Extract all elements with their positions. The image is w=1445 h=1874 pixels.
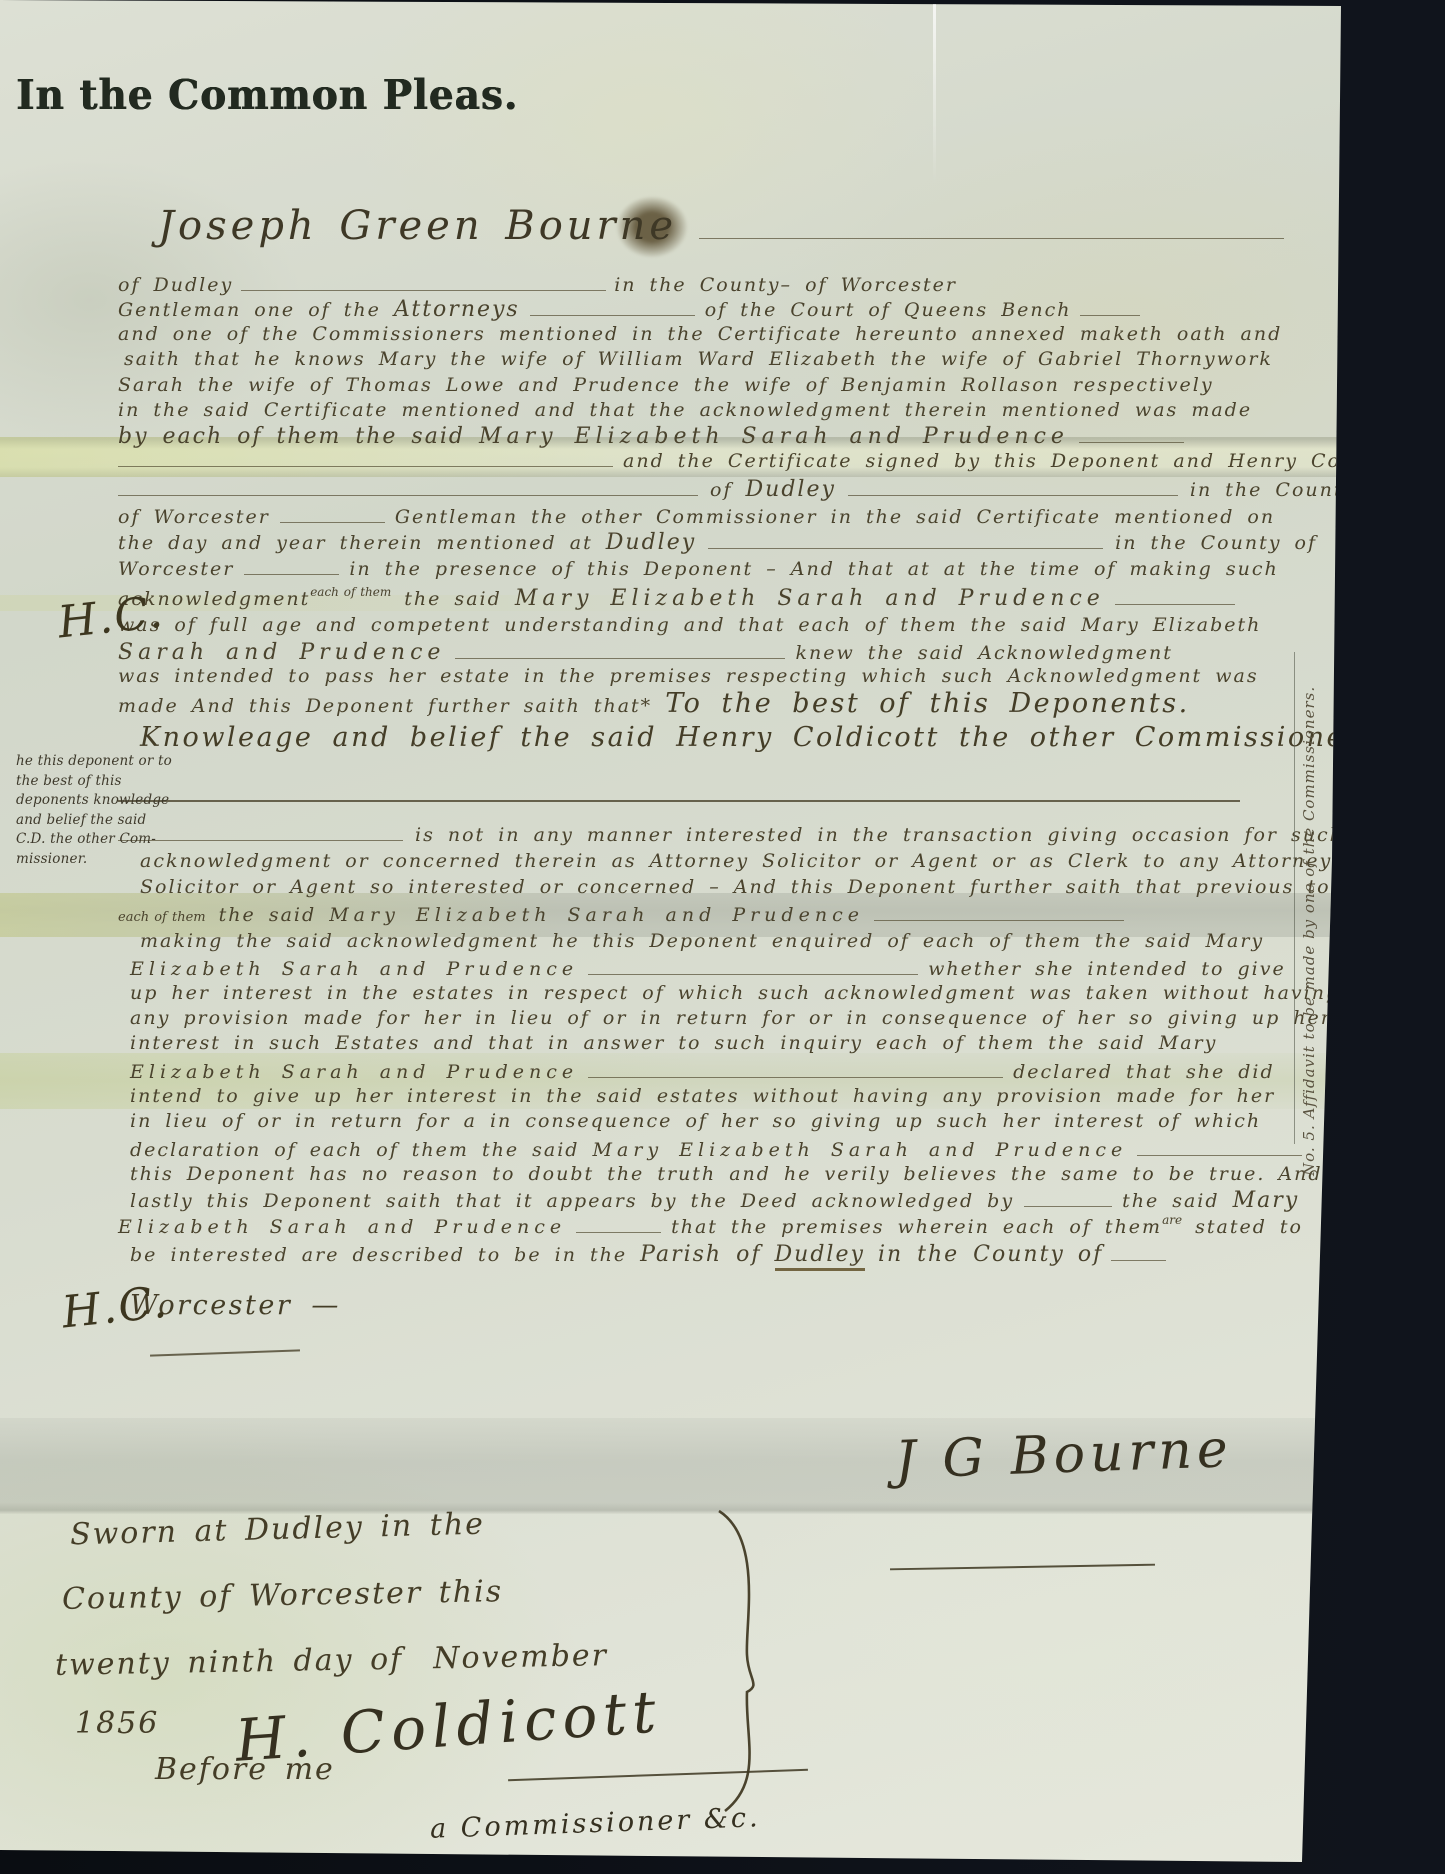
scanned-document: In the Common Pleas. Joseph Green Bourne… xyxy=(0,0,1445,1874)
body-text: of Worcester xyxy=(118,506,270,528)
blank-rule xyxy=(708,530,1103,549)
inserted-text: each of them xyxy=(310,585,391,599)
body-line: and one of the Commissioners mentioned i… xyxy=(118,323,1282,345)
deponent-signature: J G Bourne xyxy=(894,1419,1233,1491)
body-text: in the County– of Worcester xyxy=(614,274,957,296)
parish-name: Dudley xyxy=(775,1242,865,1271)
blank-rule xyxy=(874,902,1124,921)
body-text: by each of them xyxy=(118,424,341,449)
jurat-text: twenty ninth day of xyxy=(55,1642,404,1683)
blank-rule xyxy=(241,272,606,291)
body-line: saith that he knows Mary the wife of Wil… xyxy=(124,348,1273,370)
margin-initials: H.C. xyxy=(60,1277,171,1339)
party-names: Elizabeth Sarah and Prudence xyxy=(130,1061,578,1083)
body-line: Elizabeth Sarah and Prudencethat the pre… xyxy=(118,1214,1303,1238)
body-line: was of full age and competent understand… xyxy=(118,614,1261,636)
body-line: was intended to pass her estate in the p… xyxy=(118,665,1259,687)
party-names: Sarah and Prudence xyxy=(118,640,445,665)
body-text: in the County xyxy=(1190,479,1356,501)
body-text: the said xyxy=(219,904,316,926)
body-text: the said xyxy=(404,588,501,610)
jurat-line: County of Worcester this xyxy=(62,1574,504,1617)
blank-rule xyxy=(588,1059,1003,1078)
commissioner-name: Henry Coldicott xyxy=(1228,450,1417,472)
body-line: Sarah and Prudenceknew the said Acknowle… xyxy=(118,640,1173,665)
signature-underline xyxy=(890,1564,1155,1571)
body-line: lastly this Deponent saith that it appea… xyxy=(130,1188,1299,1213)
deponent-name: Joseph Green Bourne xyxy=(158,203,677,249)
body-line: interest in such Estates and that in ans… xyxy=(130,1032,1217,1054)
body-text: of Dudley xyxy=(118,274,233,296)
jurat-brace xyxy=(705,1505,775,1815)
blank-rule xyxy=(848,477,1178,496)
blank-rule xyxy=(588,956,918,975)
blank-rule xyxy=(699,200,1284,239)
body-text: made And this Deponent further saith tha… xyxy=(118,695,652,717)
blank-rule xyxy=(118,477,698,496)
body-text: that the premises wherein each of them xyxy=(671,1216,1162,1238)
side-form-label: No. 5. Affidavit to be made by one of th… xyxy=(1300,558,1318,1176)
blank-rule xyxy=(1115,586,1235,605)
blank-rule xyxy=(530,297,695,316)
body-line: of WorcesterGentleman the other Commissi… xyxy=(118,504,1275,528)
party-names: Mary xyxy=(1233,1188,1300,1213)
body-text: knew the said Acknowledgment xyxy=(795,642,1172,664)
body-line: making the said acknowledgment he this D… xyxy=(140,930,1264,952)
vertical-crease xyxy=(933,0,936,185)
body-text: Gentleman one of the xyxy=(118,299,381,321)
body-text: Attorneys xyxy=(394,297,520,322)
inserted-text: are xyxy=(1162,1213,1182,1227)
ruled-line xyxy=(118,800,1240,802)
body-line: any provision made for her in lieu of or… xyxy=(130,1007,1332,1029)
body-text: Dudley xyxy=(606,530,696,555)
body-line: made And this Deponent further saith tha… xyxy=(118,688,1190,719)
body-text: stated to xyxy=(1195,1216,1303,1238)
body-text: of xyxy=(710,479,732,501)
jurat-month: November xyxy=(433,1638,608,1676)
body-text: the said xyxy=(355,424,465,449)
margin-rule xyxy=(1294,652,1295,1144)
body-line: in the said Certificate mentioned and th… xyxy=(118,399,1252,421)
blank-rule xyxy=(1080,297,1140,316)
flourish-dash: — xyxy=(311,1290,341,1321)
commissioner-signature: H. Coldicott xyxy=(233,1677,664,1775)
body-text: of xyxy=(1078,1242,1103,1267)
body-text: in the presence of this Deponent – And t… xyxy=(349,558,1278,580)
court-heading: In the Common Pleas. xyxy=(16,71,518,120)
body-text: and the Certificate signed by this Depon… xyxy=(623,450,1215,472)
body-line: the day and year therein mentioned at Du… xyxy=(118,530,1317,555)
body-text: be interested are described to be in the xyxy=(130,1244,627,1266)
blank-rule xyxy=(1111,1242,1166,1261)
inserted-text: each of them xyxy=(118,910,206,925)
blank-rule xyxy=(576,1214,661,1233)
party-names: Mary Elizabeth Sarah and Prudence xyxy=(479,424,1069,449)
jurat-year: 1856 xyxy=(75,1706,159,1741)
body-line: Elizabeth Sarah and Prudencedeclared tha… xyxy=(130,1059,1275,1083)
body-line: Joseph Green Bourne xyxy=(158,200,1284,249)
body-text: Gentleman the other Commissioner in the … xyxy=(395,506,1275,528)
body-line: this Deponent has no reason to doubt the… xyxy=(130,1163,1323,1185)
body-text: in the County xyxy=(878,1242,1065,1267)
party-names: Mary Elizabeth Sarah and Prudence xyxy=(329,904,864,926)
flourish-line xyxy=(150,1349,300,1356)
party-names: Elizabeth Sarah and Prudence xyxy=(118,1216,566,1238)
body-line: of Dudleyin the County xyxy=(118,477,1356,502)
blank-rule xyxy=(1079,421,1184,443)
body-line: of Dudleyin the County– of Worcester xyxy=(118,272,957,296)
blank-rule xyxy=(118,448,613,467)
body-text: Dudley xyxy=(746,477,836,502)
paper-sheet: In the Common Pleas. Joseph Green Bourne… xyxy=(0,0,1445,1874)
body-line: Worcesterin the presence of this Deponen… xyxy=(118,556,1279,580)
body-text: declaration of each of them the said xyxy=(130,1139,579,1161)
party-names: Mary Elizabeth Sarah and Prudence xyxy=(515,586,1105,611)
body-text: declared that she did xyxy=(1013,1061,1275,1083)
body-text: in the County of xyxy=(1115,532,1317,554)
margin-printed-note: he this deponent or to the best of this … xyxy=(16,752,172,869)
body-line: up her interest in the estates in respec… xyxy=(130,982,1340,1004)
body-line: by each of them the said Mary Elizabeth … xyxy=(118,421,1184,449)
body-line: acknowledgment or concerned therein as A… xyxy=(140,850,1332,872)
body-text: whether she intended to give xyxy=(928,958,1286,980)
body-line: intend to give up her interest in the sa… xyxy=(130,1085,1275,1107)
party-names: Mary Elizabeth Sarah and Prudence xyxy=(593,1139,1128,1161)
body-line: acknowledgmenteach of them the said Mary… xyxy=(118,586,1235,611)
party-names: Elizabeth Sarah and Prudence xyxy=(130,958,578,980)
body-line: Knowleage and belief the said Henry Cold… xyxy=(140,722,1360,753)
body-text: of the Court of Queens Bench xyxy=(705,299,1072,321)
emphasis-text: To the best of this Deponents. xyxy=(665,688,1189,719)
body-line: each of them the said Mary Elizabeth Sar… xyxy=(118,902,1124,926)
body-text: is not in any manner interested in the t… xyxy=(415,824,1344,846)
body-line: is not in any manner interested in the t… xyxy=(118,822,1344,846)
body-line: in lieu of or in return for a in consequ… xyxy=(130,1110,1261,1132)
body-line: Elizabeth Sarah and Prudencewhether she … xyxy=(130,956,1286,980)
body-line: Sarah the wife of Thomas Lowe and Pruden… xyxy=(118,374,1214,396)
body-text: lastly this Deponent saith that it appea… xyxy=(130,1190,1014,1212)
blank-rule xyxy=(280,504,385,523)
commissioner-role: a Commissioner &c. xyxy=(430,1802,762,1845)
body-line: and the Certificate signed by this Depon… xyxy=(118,448,1417,472)
blank-rule xyxy=(455,640,785,659)
blank-rule xyxy=(244,556,339,575)
body-line: be interested are described to be in the… xyxy=(130,1242,1166,1267)
body-line: declaration of each of them the said Mar… xyxy=(130,1137,1302,1161)
jurat-line: twenty ninth day ofNovember xyxy=(55,1638,609,1683)
body-line: Gentleman one of the Attorneysof the Cou… xyxy=(118,297,1140,322)
body-line: Solicitor or Agent so interested or conc… xyxy=(140,876,1331,898)
body-text: Worcester xyxy=(118,558,234,580)
body-text: the said xyxy=(1122,1190,1219,1212)
blank-rule xyxy=(1137,1137,1302,1156)
blank-rule xyxy=(1024,1188,1112,1207)
body-text: the day and year therein mentioned at xyxy=(118,532,593,554)
body-text: Parish of xyxy=(640,1242,761,1267)
